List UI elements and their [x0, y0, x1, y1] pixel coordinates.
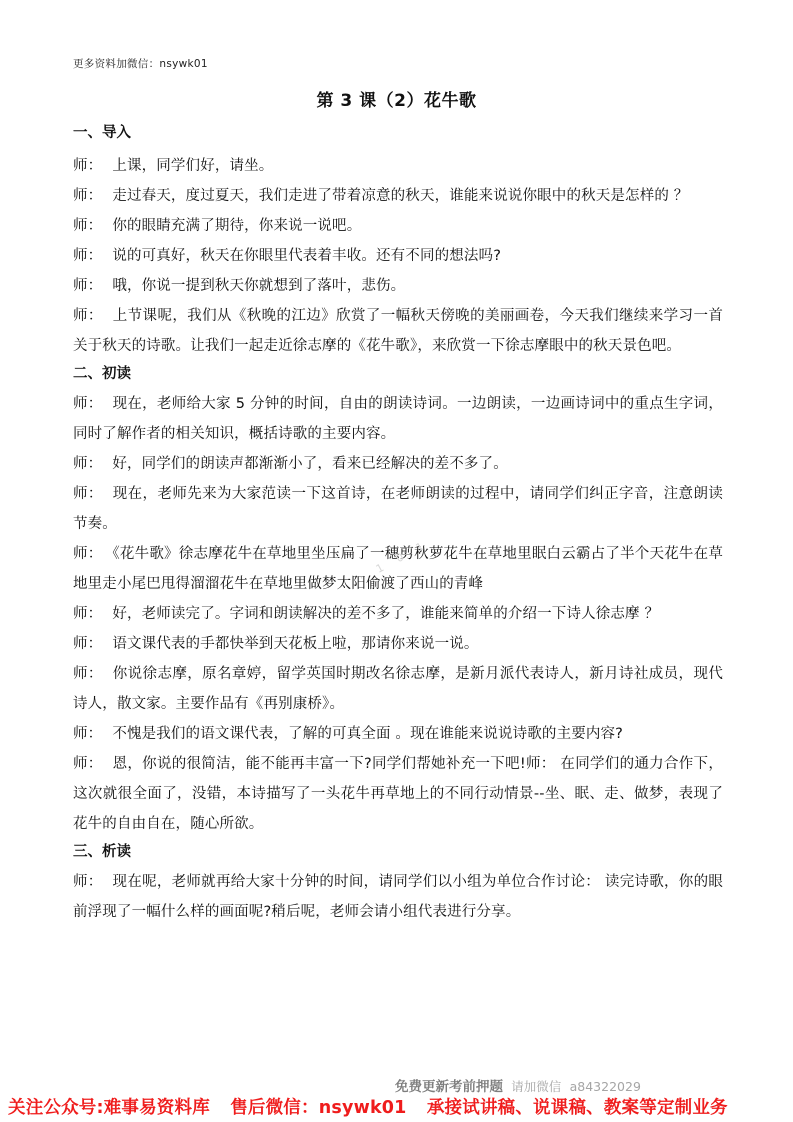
- dialogue-paragraph: 师：你说徐志摩，原名章婷，留学英国时期改名徐志摩，是新月派代表诗人，新月诗社成员…: [73, 659, 723, 719]
- section-heading: 三、析读: [73, 841, 723, 863]
- promo-line: 免费更新考前押题 请加微信 a84322029: [395, 1075, 641, 1095]
- paragraph-text: 好，同学们的朗读声都渐渐小了，看来已经解决的差不多了。: [112, 456, 508, 472]
- dialogue-paragraph: 师：你的眼睛充满了期待，你来说一说吧。: [73, 211, 723, 241]
- paragraph-text: 说的可真好，秋天在你眼里代表着丰收。还有不同的想法吗?: [112, 248, 501, 264]
- speaker-label: 师：: [73, 756, 103, 772]
- dialogue-paragraph: 师：语文课代表的手都快举到天花板上啦，那请你来说一说。: [73, 629, 723, 659]
- speaker-label: 师：: [73, 218, 102, 234]
- section-analysis-reading: 三、析读 师：现在呢，老师就再给大家十分钟的时间，请同学们以小组为单位合作讨论：…: [73, 841, 723, 927]
- speaker-label: 师：: [73, 874, 103, 890]
- speaker-label: 师：: [73, 606, 102, 622]
- dialogue-paragraph: 师：走过春天，度过夏天，我们走进了带着凉意的秋天，谁能来说说你眼中的秋天是怎样的…: [73, 181, 723, 211]
- section-introduction: 一、导入 师：上课，同学们好，请坐。 师：走过春天，度过夏天，我们走进了带着凉意…: [73, 122, 723, 361]
- speaker-label: 师：: [73, 726, 102, 742]
- dialogue-paragraph: 师：恩，你说的很简洁，能不能再丰富一下?同学们帮她补充一下吧!师： 在同学们的通…: [73, 749, 723, 839]
- dialogue-paragraph: 师：上节课呢，我们从《秋晚的江边》欣赏了一幅秋天傍晚的美丽画卷，今天我们继续来学…: [73, 301, 723, 361]
- top-contact-note: 更多资料加微信：nsywk01: [73, 56, 208, 71]
- speaker-label: 师：: [73, 248, 102, 264]
- paragraph-text: 恩，你说的很简洁，能不能再丰富一下?同学们帮她补充一下吧!师： 在同学们的通力合…: [73, 756, 723, 832]
- paragraph-text: 你说徐志摩，原名章婷，留学英国时期改名徐志摩，是新月派代表诗人，新月诗社成员，现…: [73, 666, 723, 712]
- paragraph-text: 不愧是我们的语文课代表，了解的可真全面 。现在谁能来说说诗歌的主要内容?: [112, 726, 623, 742]
- speaker-label: 师：: [73, 546, 102, 562]
- lesson-title: 第 3 课（2）花牛歌: [0, 86, 793, 111]
- paragraph-text: 现在，老师先来为大家范读一下这首诗，在老师朗读的过程中，请同学们纠正字音，注意朗…: [73, 486, 723, 532]
- lesson-content: 一、导入 师：上课，同学们好，请坐。 师：走过春天，度过夏天，我们走进了带着凉意…: [73, 122, 723, 927]
- poem-paragraph: 师：《花牛歌》徐志摩花牛在草地里坐压扁了一穗剪秋萝花牛在草地里眠白云霸占了半个天…: [73, 539, 723, 599]
- dialogue-paragraph: 师：说的可真好，秋天在你眼里代表着丰收。还有不同的想法吗?: [73, 241, 723, 271]
- paragraph-text: 哦，你说一提到秋天你就想到了落叶，悲伤。: [112, 278, 405, 294]
- section-heading: 二、初读: [73, 363, 723, 385]
- promo-main-text: 免费更新考前押题: [395, 1079, 503, 1095]
- paragraph-text: 你的眼睛充满了期待，你来说一说吧。: [112, 218, 361, 234]
- poem-text: 《花牛歌》徐志摩花牛在草地里坐压扁了一穗剪秋萝花牛在草地里眠白云霸占了半个天花牛…: [73, 546, 723, 592]
- document-page: 更多资料加微信：nsywk01 第 3 课（2）花牛歌 一、导入 师：上课，同学…: [0, 0, 793, 1122]
- paragraph-text: 好，老师读完了。字词和朗读解决的差不多了，谁能来简单的介绍一下诗人徐志摩 ？: [112, 606, 659, 622]
- paragraph-text: 上节课呢，我们从《秋晚的江边》欣赏了一幅秋天傍晚的美丽画卷，今天我们继续来学习一…: [73, 308, 723, 354]
- footer-after-sales-wechat: 售后微信：nsywk01: [230, 1098, 406, 1118]
- paragraph-text: 走过春天，度过夏天，我们走进了带着凉意的秋天，谁能来说说你眼中的秋天是怎样的 ？: [112, 188, 688, 204]
- dialogue-paragraph: 师：不愧是我们的语文课代表，了解的可真全面 。现在谁能来说说诗歌的主要内容?: [73, 719, 723, 749]
- speaker-label: 师：: [73, 278, 102, 294]
- promo-contact-id: a84322029: [570, 1079, 641, 1094]
- footer-custom-service: 承接试讲稿、说课稿、教案等定制业务: [427, 1098, 728, 1118]
- footer-public-account: 关注公众号:难事易资料库: [8, 1098, 210, 1118]
- dialogue-paragraph: 师：好，同学们的朗读声都渐渐小了，看来已经解决的差不多了。: [73, 449, 723, 479]
- paragraph-text: 现在呢，老师就再给大家十分钟的时间，请同学们以小组为单位合作讨论： 读完诗歌，你…: [73, 874, 723, 920]
- speaker-label: 师：: [73, 188, 102, 204]
- paragraph-text: 现在，老师给大家 5 分钟的时间，自由的朗读诗词。一边朗读，一边画诗词中的重点生…: [73, 396, 723, 442]
- speaker-label: 师：: [73, 666, 103, 682]
- paragraph-text: 上课，同学们好，请坐。: [112, 158, 273, 174]
- footer-ad-banner: 关注公众号:难事易资料库 售后微信：nsywk01 承接试讲稿、说课稿、教案等定…: [8, 1094, 793, 1119]
- promo-contact-label: 请加微信: [511, 1079, 561, 1094]
- paragraph-text: 语文课代表的手都快举到天花板上啦，那请你来说一说。: [112, 636, 478, 652]
- dialogue-paragraph: 师：现在，老师先来为大家范读一下这首诗，在老师朗读的过程中，请同学们纠正字音，注…: [73, 479, 723, 539]
- dialogue-paragraph: 师：好，老师读完了。字词和朗读解决的差不多了，谁能来简单的介绍一下诗人徐志摩 ？: [73, 599, 723, 629]
- speaker-label: 师：: [73, 486, 103, 502]
- section-heading: 一、导入: [73, 122, 723, 144]
- section-first-reading: 二、初读 师：现在，老师给大家 5 分钟的时间，自由的朗读诗词。一边朗读，一边画…: [73, 363, 723, 839]
- dialogue-paragraph: 师：现在呢，老师就再给大家十分钟的时间，请同学们以小组为单位合作讨论： 读完诗歌…: [73, 867, 723, 927]
- speaker-label: 师：: [73, 396, 103, 412]
- speaker-label: 师：: [73, 456, 102, 472]
- dialogue-paragraph: 师：哦，你说一提到秋天你就想到了落叶，悲伤。: [73, 271, 723, 301]
- dialogue-paragraph: 师：现在，老师给大家 5 分钟的时间，自由的朗读诗词。一边朗读，一边画诗词中的重…: [73, 389, 723, 449]
- dialogue-paragraph: 师：上课，同学们好，请坐。: [73, 151, 723, 181]
- speaker-label: 师：: [73, 308, 103, 324]
- speaker-label: 师：: [73, 636, 102, 652]
- speaker-label: 师：: [73, 158, 102, 174]
